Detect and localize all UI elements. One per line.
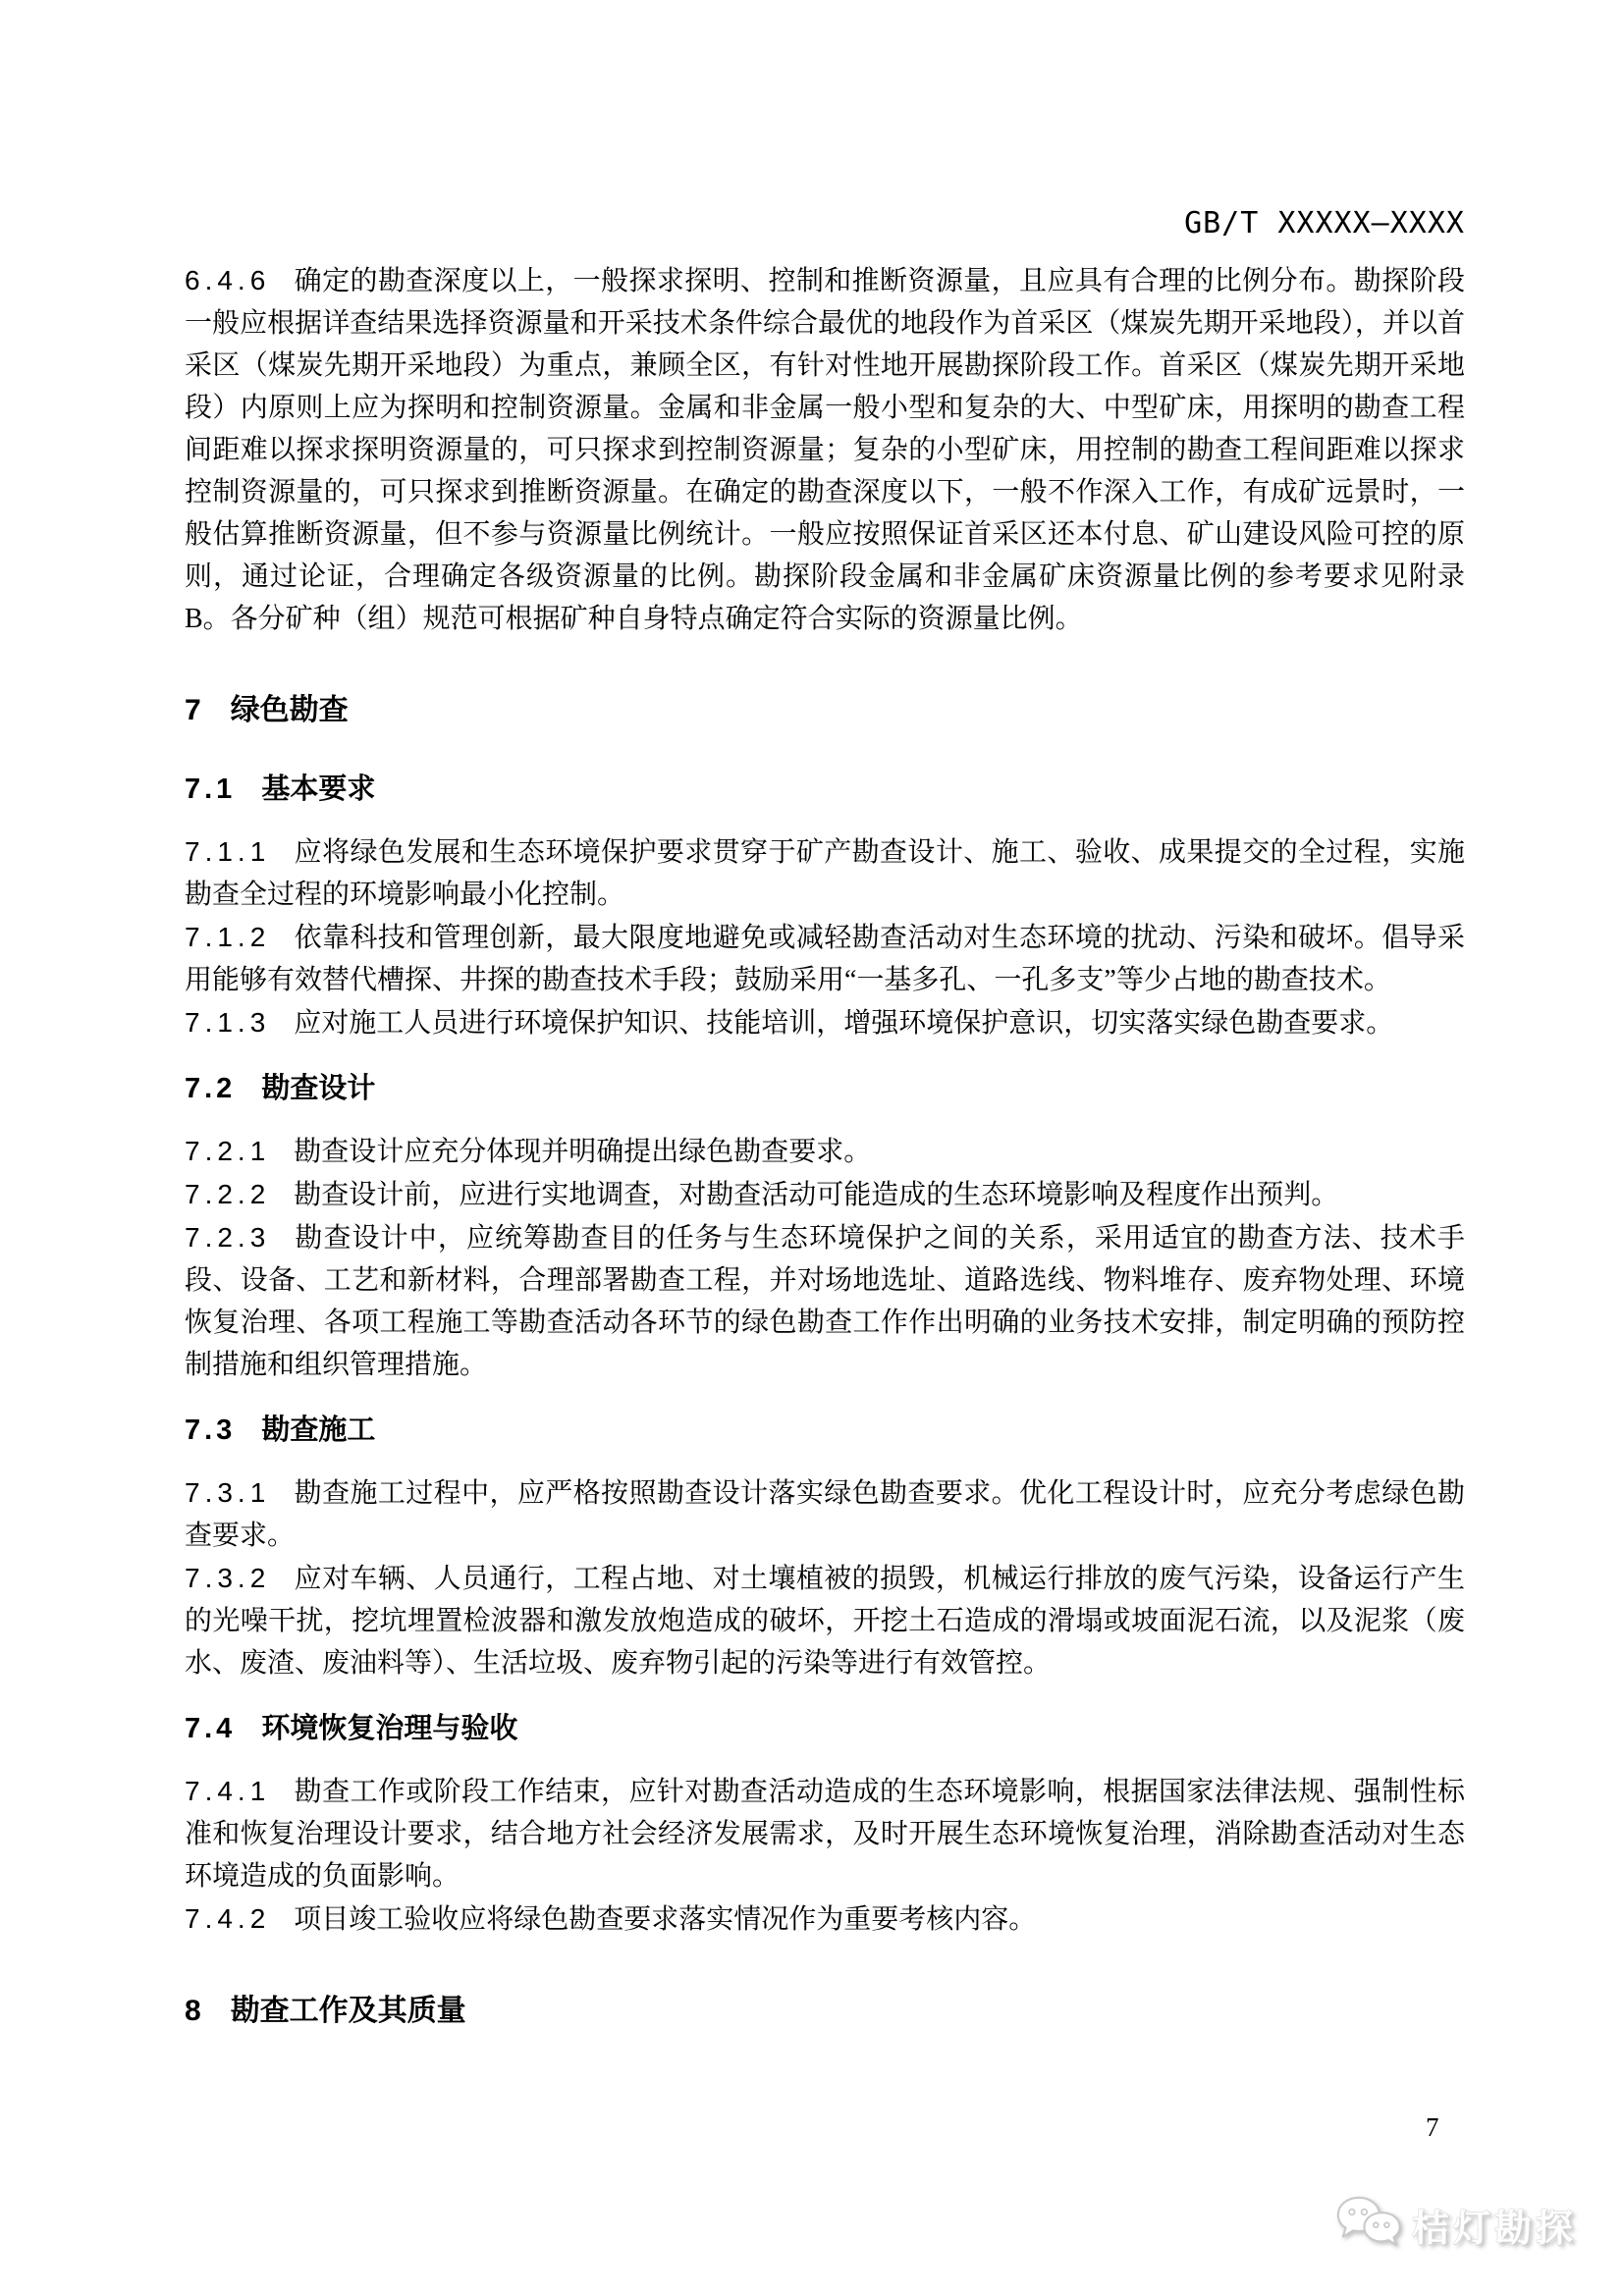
subsection-heading-7-2: 7.2勘查设计: [185, 1068, 1465, 1110]
clause-7-3-1: 7.3.1勘查施工过程中，应严格按照勘查设计落实绿色勘查要求。优化工程设计时，应…: [185, 1471, 1465, 1557]
clause-text: 确定的勘查深度以上，一般探求探明、控制和推断资源量，且应具有合理的比例分布。勘探…: [185, 266, 1465, 634]
subsection-heading-7-3: 7.3勘查施工: [185, 1410, 1465, 1452]
watermark-label: 桔灯勘探: [1412, 2198, 1577, 2252]
clause-number: 7.1.1: [185, 836, 270, 867]
clause-number: 7.3.1: [185, 1477, 270, 1508]
heading-text: 绿色勘查: [231, 694, 349, 726]
heading-number: 7: [185, 694, 205, 726]
heading-number: 7.4: [185, 1713, 236, 1744]
clause-text: 应将绿色发展和生态环境保护要求贯穿于矿产勘查设计、施工、验收、成果提交的全过程，…: [185, 837, 1465, 910]
heading-text: 基本要求: [261, 774, 375, 805]
subsection-heading-7-1: 7.1基本要求: [185, 769, 1465, 811]
clause-7-4-2: 7.4.2项目竣工验收应将绿色勘查要求落实情况作为重要考核内容。: [185, 1897, 1465, 1941]
heading-text: 环境恢复治理与验收: [261, 1713, 517, 1744]
standard-code: GB/T XXXXX—XXXX: [1184, 206, 1465, 240]
clause-text: 项目竣工验收应将绿色勘查要求落实情况作为重要考核内容。: [294, 1904, 1036, 1935]
clause-number: 6.4.6: [185, 265, 270, 295]
subsection-heading-7-4: 7.4环境恢复治理与验收: [185, 1708, 1465, 1750]
heading-number: 7.1: [185, 774, 236, 805]
clause-text: 勘查设计前，应进行实地调查，对勘查活动可能造成的生态环境影响及程度作出预判。: [294, 1180, 1338, 1210]
clause-text: 依靠科技和管理创新，最大限度地避免或减轻勘查活动对生态环境的扰动、污染和破坏。倡…: [185, 923, 1465, 995]
clause-7-1-3: 7.1.3应对施工人员进行环境保护知识、技能培训，增强环境保护意识，切实落实绿色…: [185, 1001, 1465, 1044]
clause-number: 7.1.2: [185, 922, 270, 952]
clause-7-4-1: 7.4.1勘查工作或阶段工作结束，应针对勘查活动造成的生态环境影响，根据国家法律…: [185, 1770, 1465, 1897]
page-number: 7: [1426, 2112, 1439, 2143]
clause-text: 勘查施工过程中，应严格按照勘查设计落实绿色勘查要求。优化工程设计时，应充分考虑绿…: [185, 1478, 1465, 1551]
section-heading-7: 7绿色勘查: [185, 689, 1465, 731]
clause-number: 7.4.1: [185, 1776, 270, 1806]
document-page: { "header": { "doc_code": "GB/T XXXXX—XX…: [0, 0, 1624, 2296]
heading-text: 勘查设计: [261, 1073, 375, 1104]
heading-number: 7.2: [185, 1073, 236, 1104]
clause-7-2-3: 7.2.3勘查设计中，应统筹勘查目的任务与生态环境保护之间的关系，采用适宜的勘查…: [185, 1216, 1465, 1386]
wechat-icon: [1335, 2195, 1404, 2254]
section-heading-8: 8勘查工作及其质量: [185, 1990, 1465, 2032]
clause-text: 应对施工人员进行环境保护知识、技能培训，增强环境保护意识，切实落实绿色勘查要求。: [294, 1008, 1393, 1039]
clause-number: 7.2.2: [185, 1179, 270, 1209]
clause-number: 7.3.2: [185, 1563, 270, 1593]
clause-6-4-6: 6.4.6确定的勘查深度以上，一般探求探明、控制和推断资源量，且应具有合理的比例…: [185, 259, 1465, 640]
clause-number: 7.2.1: [185, 1136, 270, 1166]
clause-text: 应对车辆、人员通行，工程占地、对土壤植被的损毁，机械运行排放的废气污染，设备运行…: [185, 1564, 1465, 1679]
clause-number: 7.1.3: [185, 1007, 270, 1038]
clause-text: 勘查设计应充分体现并明确提出绿色勘查要求。: [294, 1137, 871, 1167]
document-body: 6.4.6确定的勘查深度以上，一般探求探明、控制和推断资源量，且应具有合理的比例…: [185, 259, 1465, 2069]
watermark: 桔灯勘探: [1335, 2195, 1577, 2254]
clause-text: 勘查工作或阶段工作结束，应针对勘查活动造成的生态环境影响，根据国家法律法规、强制…: [185, 1777, 1465, 1892]
clause-number: 7.4.2: [185, 1903, 270, 1934]
clause-7-3-2: 7.3.2应对车辆、人员通行，工程占地、对土壤植被的损毁，机械运行排放的废气污染…: [185, 1557, 1465, 1684]
clause-text: 勘查设计中，应统筹勘查目的任务与生态环境保护之间的关系，采用适宜的勘查方法、技术…: [185, 1223, 1465, 1380]
heading-text: 勘查施工: [261, 1415, 375, 1446]
clause-7-1-1: 7.1.1应将绿色发展和生态环境保护要求贯穿于矿产勘查设计、施工、验收、成果提交…: [185, 830, 1465, 916]
clause-7-2-1: 7.2.1勘查设计应充分体现并明确提出绿色勘查要求。: [185, 1130, 1465, 1173]
clause-number: 7.2.3: [185, 1222, 270, 1253]
heading-number: 7.3: [185, 1415, 236, 1446]
clause-7-1-2: 7.1.2依靠科技和管理创新，最大限度地避免或减轻勘查活动对生态环境的扰动、污染…: [185, 916, 1465, 1001]
clause-7-2-2: 7.2.2勘查设计前，应进行实地调查，对勘查活动可能造成的生态环境影响及程度作出…: [185, 1173, 1465, 1216]
heading-number: 8: [185, 1995, 205, 2027]
heading-text: 勘查工作及其质量: [231, 1995, 466, 2027]
